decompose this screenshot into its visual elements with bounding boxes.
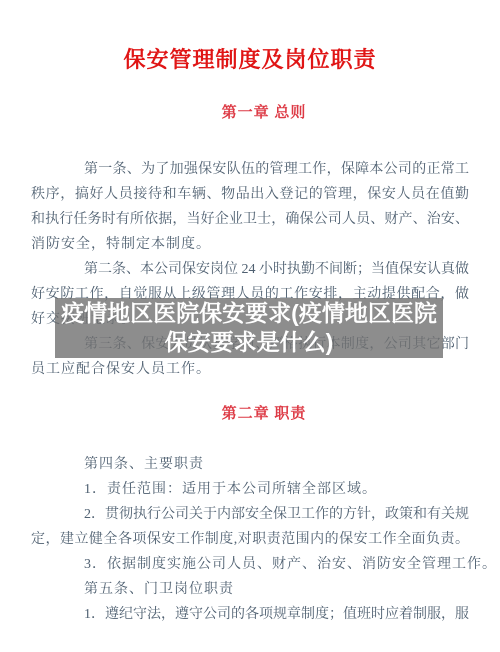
document-page: 保安管理制度及岗位职责 第一章 总则 第一条、为了加强保安队伍的管理工作，保障本… (0, 0, 500, 652)
paragraph-line: 第二条、本公司保安岗位 24 小时执勤不间断；当值保安认真做 (31, 257, 469, 282)
body-block-2: 第四条、主要职责 1．责任范围：适用于本公司所辖全部区域。 2．贯彻执行公司关于… (31, 452, 469, 627)
document-title: 保安管理制度及岗位职责 (31, 45, 469, 75)
paragraph-line: 消防安全，特制定本制度。 (31, 232, 469, 257)
chapter-heading-1: 第一章 总则 (45, 101, 483, 126)
paragraph-line: 第一条、为了加强保安队伍的管理工作，保障本公司的正常工作 (31, 157, 469, 182)
paragraph-line: 定，建立健全各项保安工作制度,对职责范围内的保安工作全面负责。 (31, 527, 469, 552)
paragraph-line: 1．责任范围：适用于本公司所辖全部区域。 (31, 477, 469, 502)
watermark-overlay: 疫情地区医院保安要求(疫情地区医院 保安要求是什么) (55, 298, 443, 358)
watermark-text-line1: 疫情地区医院保安要求(疫情地区医院 (61, 299, 437, 328)
paragraph-line: 第五条、门卫岗位职责 (31, 577, 469, 602)
paragraph-line: 1．遵纪守法，遵守公司的各项规章制度；值班时应着制服，服 (31, 602, 469, 627)
watermark-text-line2: 保安要求是什么) (165, 328, 334, 357)
paragraph-line: 2．贯彻执行公司关于内部安全保卫工作的方针，政策和有关规 (31, 502, 469, 527)
paragraph-line: 3．依据制度实施公司人员、财产、治安、消防安全管理工作。 (31, 552, 469, 577)
paragraph-line: 第四条、主要职责 (31, 452, 469, 477)
paragraph-line: 员工应配合保安人员工作。 (31, 357, 469, 382)
paragraph-line: 秩序，搞好人员接待和车辆、物品出入登记的管理，保安人员在值勤 (31, 182, 469, 207)
paragraph-line: 和执行任务时有所依据，当好企业卫士，确保公司人员、财产、治安、 (31, 207, 469, 232)
chapter-heading-2: 第二章 职责 (45, 402, 483, 427)
